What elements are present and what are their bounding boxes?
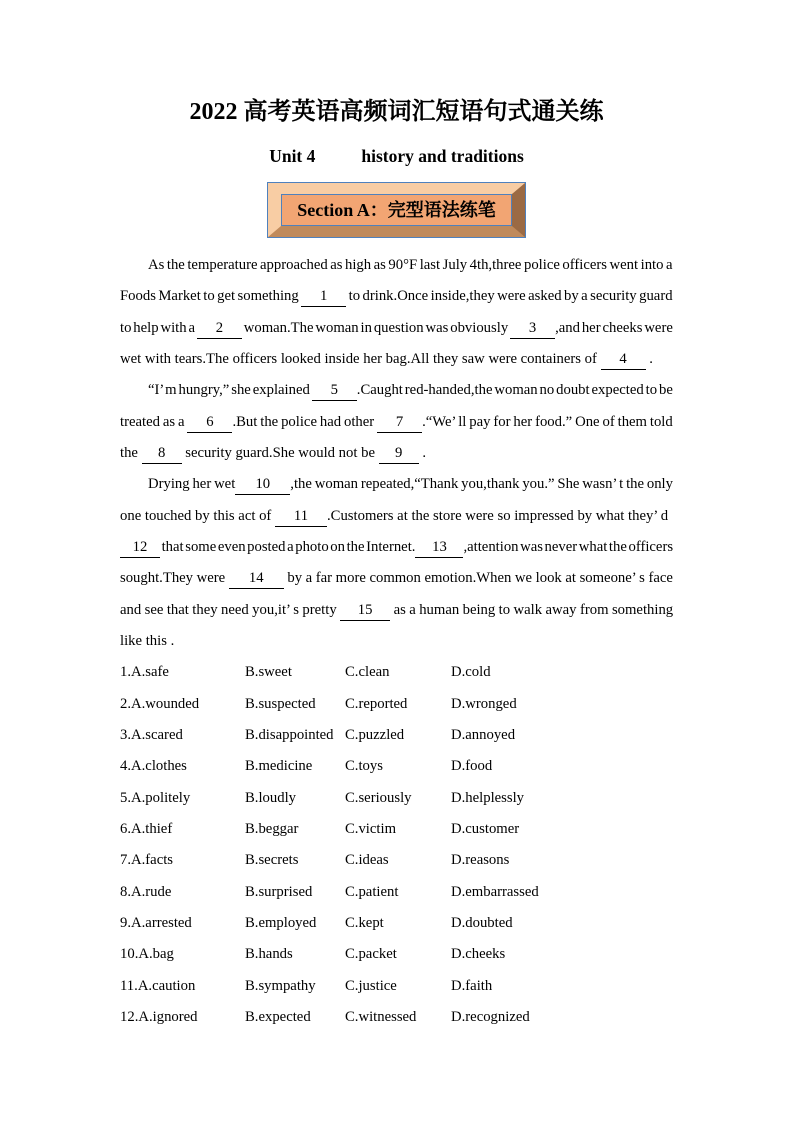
option-cell-d: D.cheeks [451,939,673,970]
passage-text: . [646,351,653,367]
document-page: 2022 高考英语高频词汇短语句式通关练 Unit 4history and t… [0,0,793,1122]
passage-text: to help with a [120,320,197,336]
option-row: 1.A.safe B.sweet C.clean D.cold [120,657,673,688]
option-cell-a: 9.A.arrested [120,908,245,939]
option-cell-a: 3.A.scared [120,720,245,751]
passage-line: treated as a 6.But the police had other … [120,407,673,438]
option-cell-d: D.annoyed [451,720,673,751]
option-cell-c: C.justice [345,971,451,1002]
option-cell-b: B.suspected [245,689,345,720]
passage-line: Drying her wet10,the woman repeated,“Tha… [120,469,673,500]
cloze-blank-2: 2 [197,319,242,339]
option-cell-b: B.hands [245,939,345,970]
option-cell-d: D.helplessly [451,783,673,814]
option-cell-d: D.reasons [451,845,673,876]
option-cell-c: C.clean [345,657,451,688]
passage-text: woman.The woman in question was obviousl… [242,320,510,336]
cloze-blank-15: 15 [340,601,390,621]
banner-row: Section A：完型语法练笔 [120,183,673,237]
cloze-blank-13: 13 [415,538,463,558]
section-banner-label: Section A：完型语法练笔 [281,194,512,226]
option-row: 11.A.caution B.sympathy C.justice D.fait… [120,971,673,1002]
passage-line: one touched by this act of 11.Customers … [120,501,673,532]
cloze-passage: As the temperature approached as high as… [120,250,673,657]
option-cell-a: 8.A.rude [120,877,245,908]
passage-line: As the temperature approached as high as… [120,250,673,281]
option-cell-d: D.recognized [451,1002,673,1033]
cloze-blank-8: 8 [142,444,182,464]
passage-text: .But the police had other [232,414,377,430]
option-cell-a: 1.A.safe [120,657,245,688]
passage-line: to help with a 2 woman.The woman in ques… [120,313,673,344]
option-row: 6.A.thief B.beggar C.victim D.customer [120,814,673,845]
unit-label: Unit 4 [269,146,315,166]
cloze-blank-3: 3 [510,319,555,339]
passage-text: .Customers at the store were so impresse… [327,508,668,524]
option-cell-b: B.expected [245,1002,345,1033]
passage-line: and see that they need you,it’ s pretty … [120,595,673,626]
passage-text: treated as a [120,414,187,430]
option-cell-a: 11.A.caution [120,971,245,1002]
cloze-blank-6: 6 [187,413,232,433]
passage-text: one touched by this act of [120,508,275,524]
option-cell-a: 10.A.bag [120,939,245,970]
passage-text: ,attention was never what the officers [463,539,673,555]
unit-heading: Unit 4history and traditions [120,143,673,169]
passage-text: by a far more common emotion.When we loo… [284,570,673,586]
cloze-blank-14: 14 [229,569,284,589]
option-cell-d: D.embarrassed [451,877,673,908]
option-cell-c: C.packet [345,939,451,970]
option-cell-a: 2.A.wounded [120,689,245,720]
option-cell-b: B.sweet [245,657,345,688]
passage-text: .“We’ ll pay for her food.” One of them … [422,414,673,430]
option-cell-d: D.cold [451,657,673,688]
passage-line: like this . [120,626,673,657]
option-cell-b: B.secrets [245,845,345,876]
passage-line: the 8 security guard.She would not be 9 … [120,438,673,469]
option-cell-d: D.food [451,751,673,782]
passage-text: that some even posted a photo on the Int… [160,539,415,555]
option-row: 12.A.ignored B.expected C.witnessed D.re… [120,1002,673,1033]
passage-text: wet with tears.The officers looked insid… [120,351,601,367]
option-cell-a: 4.A.clothes [120,751,245,782]
section-banner: Section A：完型语法练笔 [268,183,525,237]
option-cell-d: D.doubted [451,908,673,939]
passage-text: . [419,445,426,461]
option-cell-c: C.patient [345,877,451,908]
passage-text: like this . [120,633,174,649]
passage-text: to drink.Once inside,they were asked by … [346,288,672,304]
passage-text: .Caught red-handed,the woman no doubt ex… [357,382,673,398]
option-cell-a: 6.A.thief [120,814,245,845]
passage-text: sought.They were [120,570,229,586]
option-row: 8.A.rude B.surprised C.patient D.embarra… [120,877,673,908]
passage-text: as a human being to walk away from somet… [390,602,673,618]
option-row: 9.A.arrested B.employed C.kept D.doubted [120,908,673,939]
passage-line: sought.They were 14 by a far more common… [120,563,673,594]
passage-text: ,and her cheeks were [555,320,673,336]
option-row: 5.A.politely B.loudly C.seriously D.help… [120,783,673,814]
passage-text: ,the woman repeated,“Thank you,thank you… [290,476,673,492]
option-row: 3.A.scared B.disappointed C.puzzled D.an… [120,720,673,751]
option-row: 2.A.wounded B.suspected C.reported D.wro… [120,689,673,720]
option-cell-b: B.sympathy [245,971,345,1002]
passage-text: Drying her wet [148,476,235,492]
cloze-blank-11: 11 [275,507,327,527]
option-cell-c: C.witnessed [345,1002,451,1033]
cloze-blank-12: 12 [120,538,160,558]
option-cell-b: B.beggar [245,814,345,845]
option-cell-d: D.wronged [451,689,673,720]
option-cell-a: 5.A.politely [120,783,245,814]
passage-line: 12 that some even posted a photo on the … [120,532,673,563]
option-cell-c: C.toys [345,751,451,782]
option-cell-c: C.reported [345,689,451,720]
option-cell-a: 12.A.ignored [120,1002,245,1033]
option-cell-b: B.surprised [245,877,345,908]
option-cell-a: 7.A.facts [120,845,245,876]
passage-text: security guard.She would not be [182,445,379,461]
passage-text: the [120,445,142,461]
passage-text: As the temperature approached as high as… [148,257,673,273]
page-title: 2022 高考英语高频词汇短语句式通关练 [120,96,673,128]
passage-line: “I’ m hungry,” she explained 5.Caught re… [120,375,673,406]
option-cell-c: C.victim [345,814,451,845]
option-cell-b: B.loudly [245,783,345,814]
option-cell-c: C.kept [345,908,451,939]
option-row: 4.A.clothes B.medicine C.toys D.food [120,751,673,782]
option-cell-c: C.seriously [345,783,451,814]
cloze-blank-9: 9 [379,444,419,464]
option-cell-d: D.faith [451,971,673,1002]
options-table: 1.A.safe B.sweet C.clean D.cold 2.A.woun… [120,657,673,1033]
option-row: 7.A.facts B.secrets C.ideas D.reasons [120,845,673,876]
passage-text: Foods Market to get something [120,288,301,304]
option-cell-b: B.medicine [245,751,345,782]
passage-text: “I’ m hungry,” she explained [148,382,312,398]
passage-line: Foods Market to get something 1 to drink… [120,281,673,312]
option-cell-d: D.customer [451,814,673,845]
cloze-blank-4: 4 [601,350,646,370]
option-cell-c: C.puzzled [345,720,451,751]
cloze-blank-7: 7 [377,413,422,433]
passage-text: and see that they need you,it’ s pretty [120,602,340,618]
option-cell-b: B.employed [245,908,345,939]
option-cell-b: B.disappointed [245,720,345,751]
cloze-blank-1: 1 [301,287,346,307]
option-cell-c: C.ideas [345,845,451,876]
passage-line: wet with tears.The officers looked insid… [120,344,673,375]
unit-title: history and traditions [361,146,523,166]
cloze-blank-10: 10 [235,475,290,495]
cloze-blank-5: 5 [312,381,357,401]
option-row: 10.A.bag B.hands C.packet D.cheeks [120,939,673,970]
